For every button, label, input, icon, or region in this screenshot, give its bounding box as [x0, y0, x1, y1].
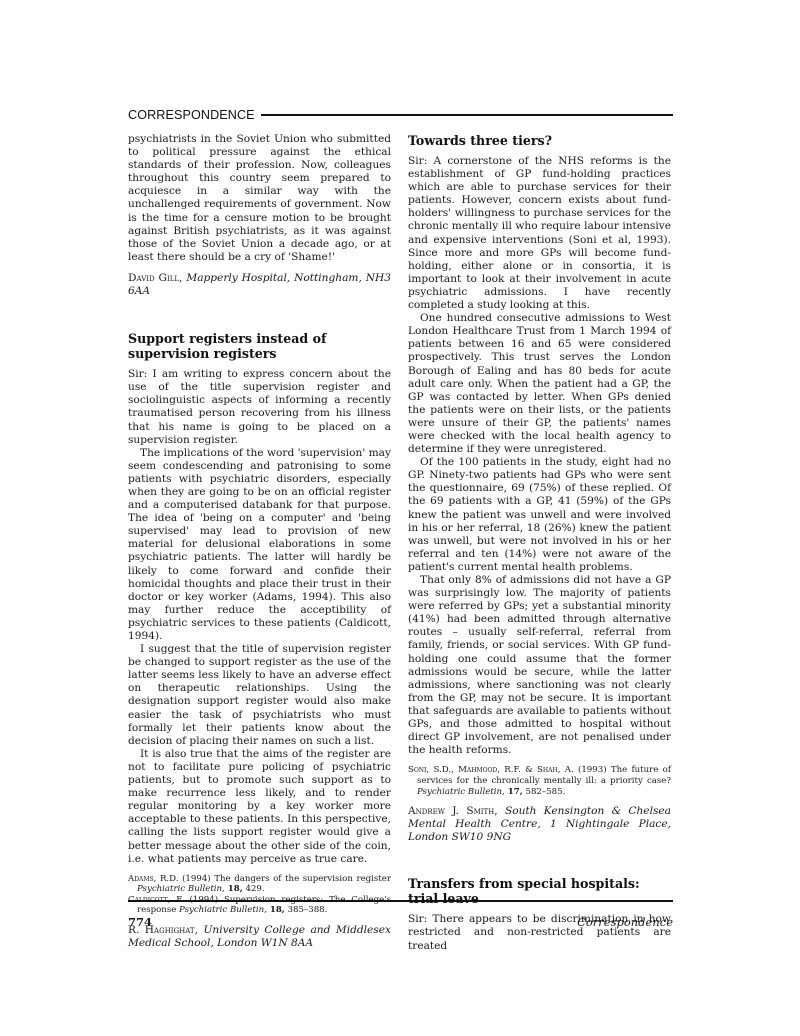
body-paragraph: That only 8% of admissions did not have … — [408, 574, 671, 757]
signature-andrew-smith: Andrew J. Smith, South Kensington & Chel… — [408, 805, 671, 844]
body-paragraph: Of the 100 patients in the study, eight … — [408, 456, 671, 574]
references-list: Soni, S.D., Mahmood, R.F. & Shah, A. (19… — [408, 765, 671, 797]
body-paragraph: The implications of the word 'supervisio… — [128, 447, 391, 643]
references-list: Adams, R.D. (1994) The dangers of the su… — [128, 874, 391, 916]
ref-journal: Psychiatric Bulletin, — [179, 905, 267, 915]
header-rule — [261, 114, 673, 116]
reference-item: Caldicott, F. (1994) Supervision registe… — [128, 895, 391, 916]
body-paragraph: One hundred consecutive admissions to We… — [408, 312, 671, 456]
ref-volume: 18, — [267, 905, 285, 915]
ref-volume: 17, — [505, 787, 523, 797]
spacer — [128, 298, 391, 331]
ref-pages: 582–585. — [523, 787, 566, 797]
signature-name: Andrew J. Smith, — [408, 805, 498, 817]
signature-david-gill: David Gill, Mapperly Hospital, Nottingha… — [128, 272, 391, 298]
body-paragraph: I suggest that the title of supervision … — [128, 643, 391, 748]
signature-name: David Gill, — [128, 272, 182, 284]
ref-journal: Psychiatric Bulletin, — [417, 787, 505, 797]
spacer — [408, 844, 671, 876]
ref-author: Soni, S.D., Mahmood, R.F. & Shah, A. — [408, 765, 574, 775]
page-number: 774 — [128, 915, 152, 929]
body-paragraph: It is also true that the aims of the reg… — [128, 748, 391, 866]
reference-item: Soni, S.D., Mahmood, R.F. & Shah, A. (19… — [408, 765, 671, 797]
article-title-support-registers: Support registers instead of supervision… — [128, 331, 391, 361]
ref-pages: 385–388. — [285, 905, 328, 915]
page-footer: 774 Correspondence — [128, 915, 673, 929]
ref-author: Adams, R.D. — [128, 874, 178, 884]
ref-title: (1994) The dangers of the supervision re… — [178, 874, 391, 884]
footer-rule — [128, 900, 673, 902]
continued-paragraph: psychiatrists in the Soviet Union who su… — [128, 133, 391, 264]
article-title-three-tiers: Towards three tiers? — [408, 133, 671, 148]
right-column: Towards three tiers? Sir: A cornerstone … — [408, 133, 671, 953]
ref-journal: Psychiatric Bulletin, — [137, 884, 225, 894]
left-column: psychiatrists in the Soviet Union who su… — [128, 133, 391, 950]
section-label: CORRESPONDENCE — [128, 108, 255, 122]
body-paragraph: Sir: A cornerstone of the NHS reforms is… — [408, 155, 671, 312]
running-head: CORRESPONDENCE — [128, 107, 673, 123]
reference-item: Adams, R.D. (1994) The dangers of the su… — [128, 874, 391, 895]
ref-volume: 18, — [225, 884, 243, 894]
body-paragraph: Sir: I am writing to express concern abo… — [128, 368, 391, 447]
footer-section: Correspondence — [577, 915, 673, 929]
ref-pages: 429. — [243, 884, 265, 894]
